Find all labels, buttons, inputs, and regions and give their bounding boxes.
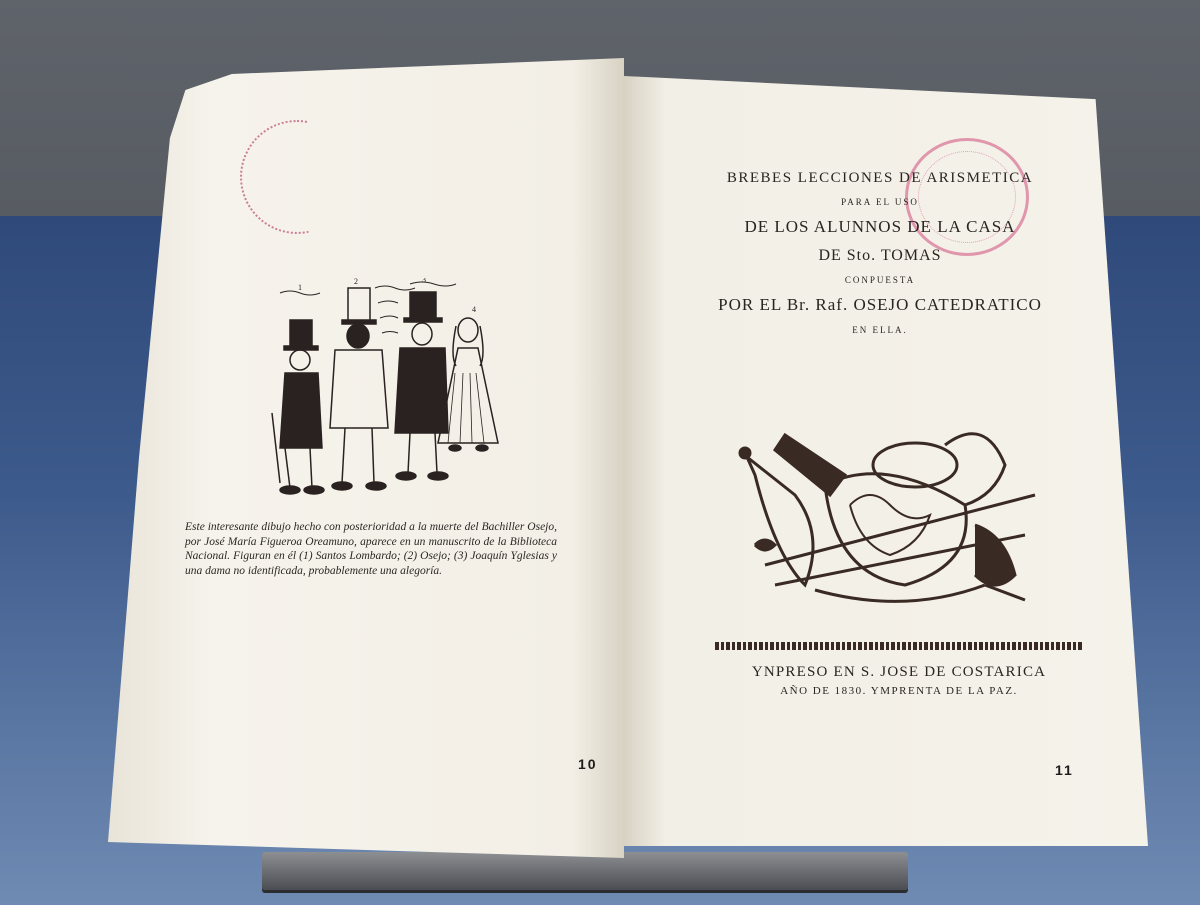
ornamental-rule [715, 642, 1083, 650]
title-block: BREBES LECCIONES DE ARISMETICA PARA EL U… [690, 170, 1070, 345]
title-line-2: PARA EL USO [690, 197, 1070, 207]
title-line-6: POR EL Br. Raf. OSEJO CATEDRATICO [690, 295, 1070, 315]
book-stand [262, 852, 908, 890]
figure-label-1: 1 [298, 283, 302, 292]
imprint-line-2: AÑO DE 1830. YMPRENTA DE LA PAZ. [715, 685, 1083, 697]
title-line-4: DE Sto. TOMAS [690, 247, 1070, 265]
imprint-block: YNPRESO EN S. JOSE DE COSTARICA AÑO DE 1… [715, 664, 1083, 697]
figure-label-3: 3 [422, 278, 426, 284]
title-line-3: DE LOS ALUNNOS DE LA CASA [690, 217, 1070, 237]
page-number-right: 11 [1055, 762, 1074, 778]
four-figures-illustration: 1 2 3 4 [250, 278, 500, 496]
illustration-caption: Este interesante dibujo hecho con poster… [185, 520, 557, 578]
page-number-left: 10 [578, 756, 598, 772]
title-line-7: EN ELLA. [690, 325, 1070, 335]
figure-label-2: 2 [354, 278, 358, 286]
title-line-5: CONPUESTA [690, 275, 1070, 285]
figure-label-4: 4 [472, 305, 476, 314]
imprint-line-1: YNPRESO EN S. JOSE DE COSTARICA [715, 664, 1083, 681]
trophy-of-arms-emblem [735, 415, 1050, 625]
title-line-1: BREBES LECCIONES DE ARISMETICA [690, 170, 1070, 187]
